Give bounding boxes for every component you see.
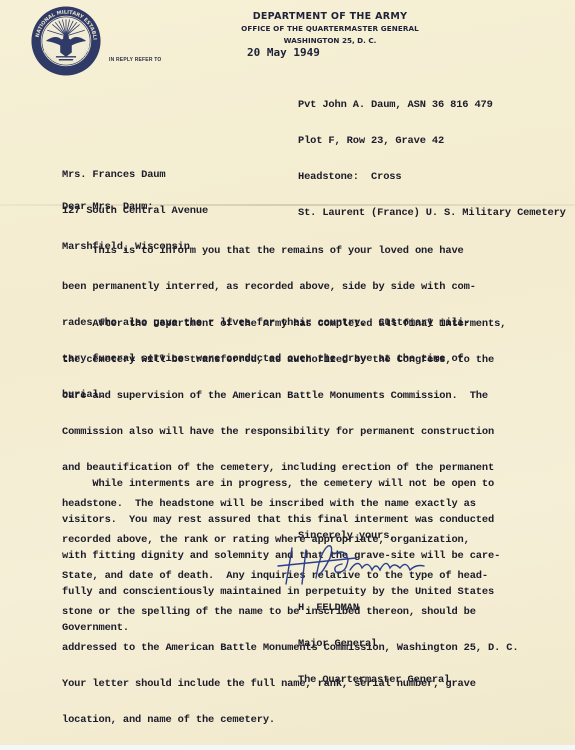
text-line: the cemetery will be transferred, as aut… bbox=[62, 354, 562, 366]
text-line: Commission also will have the responsibi… bbox=[62, 426, 562, 438]
ink-mark-icon bbox=[358, 676, 366, 681]
text-line: location, and name of the cemetery. bbox=[62, 714, 562, 726]
headstone-type: Headstone: Cross bbox=[298, 171, 566, 183]
letter-page: NATIONAL MILITARY ESTABLISHMENT UNITED S… bbox=[0, 0, 575, 745]
text-line: While interments are in progress, the ce… bbox=[62, 478, 562, 490]
text-line: been permanently interred, as recorded a… bbox=[62, 281, 562, 293]
reply-refer-label: IN REPLY REFER TO bbox=[109, 57, 162, 63]
signature-block: H. FELDMAN Major General The Quartermast… bbox=[298, 578, 450, 710]
letterhead: DEPARTMENT OF THE ARMY OFFICE OF THE QUA… bbox=[180, 10, 480, 47]
cemetery-name: St. Laurent (France) U. S. Military Ceme… bbox=[298, 207, 566, 219]
department-seal-icon: NATIONAL MILITARY ESTABLISHMENT UNITED S… bbox=[30, 5, 102, 77]
text-line: After the Department of the Army has com… bbox=[62, 318, 562, 330]
signer-name: H. FELDMAN bbox=[298, 602, 450, 614]
salutation: Dear Mrs. Daum: bbox=[62, 201, 153, 213]
office-name: OFFICE OF THE QUARTERMASTER GENERAL bbox=[180, 23, 480, 35]
reference-block: Pvt John A. Daum, ASN 36 816 479 Plot F,… bbox=[298, 75, 566, 243]
signer-rank: Major General bbox=[298, 638, 450, 650]
letter-date: 20 May 1949 bbox=[247, 46, 320, 59]
grave-location: Plot F, Row 23, Grave 42 bbox=[298, 135, 566, 147]
text-line: care and supervision of the American Bat… bbox=[62, 390, 562, 402]
recipient-name: Mrs. Frances Daum bbox=[62, 169, 208, 181]
office-location: WASHINGTON 25, D. C. bbox=[180, 35, 480, 47]
soldier-name-serial: Pvt John A. Daum, ASN 36 816 479 bbox=[298, 99, 566, 111]
signer-office: The Quartermaster General bbox=[298, 674, 450, 686]
text-line: visitors. You may rest assured that this… bbox=[62, 514, 562, 526]
text-line: This is to inform you that the remains o… bbox=[62, 245, 562, 257]
department-name: DEPARTMENT OF THE ARMY bbox=[180, 10, 480, 23]
